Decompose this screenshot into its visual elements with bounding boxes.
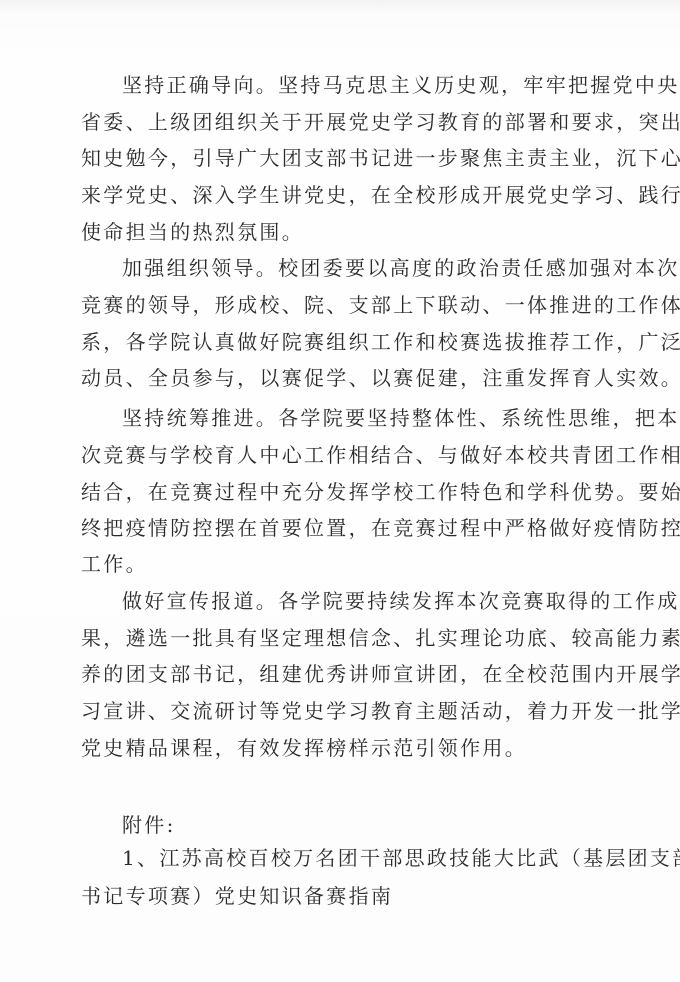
attachment-item-line: 书记专项赛）党史知识备赛指南 [81, 881, 619, 911]
paragraph-line: 使命担当的热烈氛围。 [81, 217, 619, 247]
paragraph-line: 终把疫情防控摆在首要位置，在竞赛过程中严格做好疫情防控 [81, 513, 619, 543]
paragraph-line: 系，各学院认真做好院赛组织工作和校赛选拔推荐工作，广泛 [81, 327, 619, 357]
paragraph-line: 习宣讲、交流研讨等党史学习教育主题活动，着力开发一批学 [81, 696, 619, 726]
paragraph-line: 省委、上级团组织关于开展党史学习教育的部署和要求，突出 [81, 107, 619, 137]
paragraph-line: 果，遴选一批具有坚定理想信念、扎实理论功底、较高能力素 [81, 623, 619, 653]
document-page: 坚持正确导向。坚持马克思主义历史观，牢牢把握党中央、 省委、上级团组织关于开展党… [0, 0, 680, 982]
paragraph-line: 动员、全员参与，以赛促学、以赛促建，注重发挥育人实效。 [81, 363, 619, 393]
paragraph-line: 结合，在竞赛过程中充分发挥学校工作特色和学科优势。要始 [81, 477, 619, 507]
paragraph-line: 养的团支部书记，组建优秀讲师宣讲团，在全校范围内开展学 [81, 659, 619, 689]
attachments-label: 附件: [122, 810, 619, 840]
paragraph-line: 工作。 [81, 549, 619, 579]
paragraph-line: 来学党史、深入学生讲党史，在全校形成开展党史学习、践行 [81, 180, 619, 210]
paragraph-line: 竞赛的领导，形成校、院、支部上下联动、一体推进的工作体 [81, 290, 619, 320]
attachment-item-line: 1、江苏高校百校万名团干部思政技能大比武（基层团支部 [122, 843, 619, 873]
paragraph-line: 坚持正确导向。坚持马克思主义历史观，牢牢把握党中央、 [122, 70, 619, 100]
paragraph-line: 次竞赛与学校育人中心工作相结合、与做好本校共青团工作相 [81, 440, 619, 470]
paragraph-line: 做好宣传报道。各学院要持续发挥本次竞赛取得的工作成 [122, 586, 619, 616]
paragraph-line: 加强组织领导。校团委要以高度的政治责任感加强对本次 [122, 253, 619, 283]
paragraph-line: 党史精品课程，有效发挥榜样示范引领作用。 [81, 733, 619, 763]
paragraph-line: 坚持统筹推进。各学院要坚持整体性、系统性思维，把本 [122, 403, 619, 433]
paragraph-line: 知史勉今，引导广大团支部书记进一步聚焦主责主业，沉下心 [81, 143, 619, 173]
